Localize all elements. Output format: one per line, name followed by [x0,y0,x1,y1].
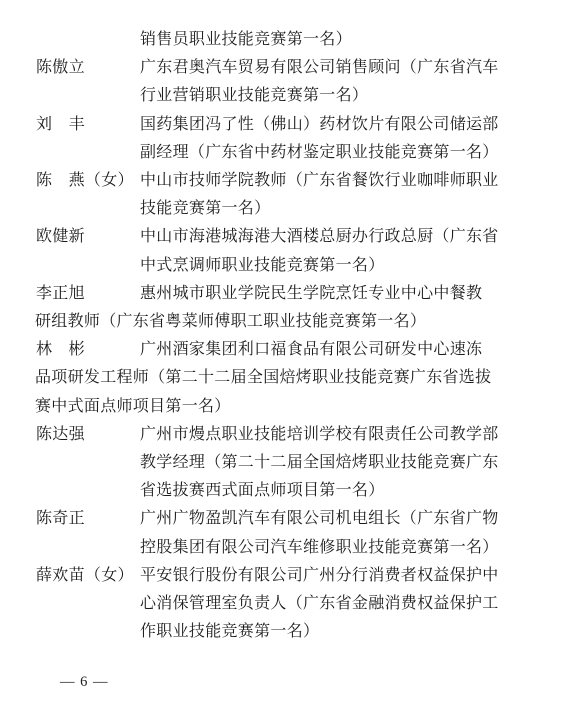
entry-line: 赛中式面点师项目第一名） [35,393,573,421]
entry-line: 中山市海港城海港大酒楼总厨办行政总厨（广东省 [140,223,573,251]
entry-name: 李正旭 [36,280,85,308]
entry-description: 广州广物盈凯汽车有限公司机电组长（广东省广物控股集团有限公司汽车维修职业技能竞赛… [0,505,573,561]
entry-line: 中式烹调师职业技能竞赛第一名） [140,252,573,280]
list-item: 刘 丰 国药集团冯了性（佛山）药材饮片有限公司储运部副经理（广东省中药材鉴定职业… [0,111,573,167]
entry-line: 惠州城市职业学院民生学院烹饪专业中心中餐教 [140,280,573,308]
entry-name: 陈 燕（女） [36,167,134,195]
entry-line: 研组教师（广东省粤菜师傅职工职业技能竞赛第一名） [35,308,573,336]
document-page: 销售员职业技能竞赛第一名） 陈傲立 广东君奥汽车贸易有限公司销售顾问（广东省汽车… [0,0,573,719]
entry-line: 行业营销职业技能竞赛第一名） [140,82,573,110]
entry-line: 广州市熳点职业技能培训学校有限责任公司教学部 [140,421,573,449]
entry-line: 作职业技能竞赛第一名） [140,618,573,646]
entry-name: 林 彬 [36,336,85,364]
entry-line: 销售员职业技能竞赛第一名） [140,26,573,54]
list-item: 销售员职业技能竞赛第一名） [0,26,573,54]
entry-description: 中山市海港城海港大酒楼总厨办行政总厨（广东省中式烹调师职业技能竞赛第一名） [0,223,573,279]
entry-line: 副经理（广东省中药材鉴定职业技能竞赛第一名） [140,139,573,167]
list-item: 薛欢苗（女） 平安银行股份有限公司广州分行消费者权益保护中心消保管理室负责人（广… [0,562,573,647]
list-item: 欧健新 中山市海港城海港大酒楼总厨办行政总厨（广东省中式烹调师职业技能竞赛第一名… [0,223,573,279]
entry-line: 广东君奥汽车贸易有限公司销售顾问（广东省汽车 [140,54,573,82]
entry-description: 国药集团冯了性（佛山）药材饮片有限公司储运部副经理（广东省中药材鉴定职业技能竞赛… [0,111,573,167]
entry-line: 技能竞赛第一名） [140,195,573,223]
entry-line: 控股集团有限公司汽车维修职业技能竞赛第一名） [140,534,573,562]
entry-description: 广州市熳点职业技能培训学校有限责任公司教学部教学经理（第二十二届全国焙烤职业技能… [0,421,573,506]
entry-name: 欧健新 [36,223,85,251]
entry-name: 薛欢苗（女） [36,562,134,590]
entry-description: 广东君奥汽车贸易有限公司销售顾问（广东省汽车行业营销职业技能竞赛第一名） [0,54,573,110]
entry-name: 陈达强 [36,421,85,449]
entry-line: 心消保管理室负责人（广东省金融消费权益保护工 [140,590,573,618]
entry-line: 品项研发工程师（第二十二届全国焙烤职业技能竞赛广东省选拔 [35,364,573,392]
entry-line: 广州广物盈凯汽车有限公司机电组长（广东省广物 [140,505,573,533]
entry-line: 中山市技师学院教师（广东省餐饮行业咖啡师职业 [140,167,573,195]
list-item: 陈 燕（女） 中山市技师学院教师（广东省餐饮行业咖啡师职业技能竞赛第一名） [0,167,573,223]
entry-name: 陈奇正 [36,505,85,533]
entry-description: 广州酒家集团利口福食品有限公司研发中心速冻品项研发工程师（第二十二届全国焙烤职业… [0,336,573,421]
entry-name: 刘 丰 [36,111,85,139]
list-item: 李正旭 惠州城市职业学院民生学院烹饪专业中心中餐教研组教师（广东省粤菜师傅职工职… [0,280,573,336]
entry-line: 教学经理（第二十二届全国焙烤职业技能竞赛广东 [140,449,573,477]
entry-description: 销售员职业技能竞赛第一名） [0,26,573,54]
list-item: 陈奇正 广州广物盈凯汽车有限公司机电组长（广东省广物控股集团有限公司汽车维修职业… [0,505,573,561]
entry-line: 平安银行股份有限公司广州分行消费者权益保护中 [140,562,573,590]
award-winner-list: 销售员职业技能竞赛第一名） 陈傲立 广东君奥汽车贸易有限公司销售顾问（广东省汽车… [0,26,573,646]
entry-description: 惠州城市职业学院民生学院烹饪专业中心中餐教研组教师（广东省粤菜师傅职工职业技能竞… [0,280,573,336]
entry-line: 省选拔赛西式面点师项目第一名） [140,477,573,505]
list-item: 林 彬 广州酒家集团利口福食品有限公司研发中心速冻品项研发工程师（第二十二届全国… [0,336,573,421]
entry-name: 陈傲立 [36,54,85,82]
entry-line: 国药集团冯了性（佛山）药材饮片有限公司储运部 [140,111,573,139]
page-number: — 6 — [60,674,109,691]
list-item: 陈傲立 广东君奥汽车贸易有限公司销售顾问（广东省汽车行业营销职业技能竞赛第一名） [0,54,573,110]
list-item: 陈达强 广州市熳点职业技能培训学校有限责任公司教学部教学经理（第二十二届全国焙烤… [0,421,573,506]
entry-line: 广州酒家集团利口福食品有限公司研发中心速冻 [140,336,573,364]
